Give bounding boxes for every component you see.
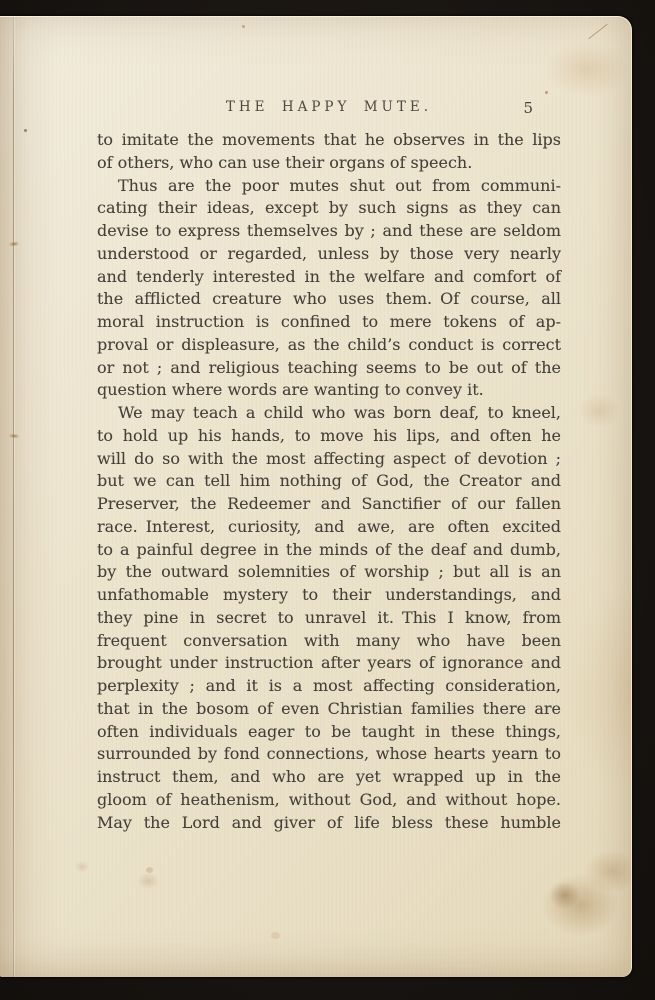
- foxing-speck: [271, 932, 280, 939]
- binding-fold-line: [13, 17, 14, 977]
- binding-stitch-mark: [7, 240, 22, 248]
- page-number: 5: [523, 99, 533, 117]
- text-line: the afflicted creature who uses them. Of…: [97, 288, 561, 311]
- text-line: Preserver, the Redeemer and Sanctifier o…: [97, 493, 561, 516]
- text-line: and tenderly interested in the welfare a…: [97, 266, 561, 289]
- body-text: to imitate the movements that he observe…: [97, 129, 561, 834]
- text-line: devise to express themselves by ; and th…: [97, 220, 561, 243]
- text-line: surrounded by fond connections, whose he…: [97, 743, 561, 766]
- text-line: to hold up his hands, to move his lips, …: [97, 425, 561, 448]
- text-line: unfathomable mystery to their understand…: [97, 584, 561, 607]
- foxing-speck: [146, 867, 153, 873]
- text-line: proval or displeasure, as the child’s co…: [97, 334, 561, 357]
- text-line: frequent conversation with many who have…: [97, 630, 561, 653]
- text-line: that in the bosom of even Christian fami…: [97, 698, 561, 721]
- text-line: brought under instruction after years of…: [97, 652, 561, 675]
- text-line: cating their ideas, except by such signs…: [97, 197, 561, 220]
- text-line: moral instruction is confined to mere to…: [97, 311, 561, 334]
- foxing-speck: [24, 129, 27, 132]
- text-line: often individuals eager to be taught in …: [97, 721, 561, 744]
- foxing-speck: [545, 91, 548, 94]
- corner-crease: [588, 24, 608, 40]
- text-line: of others, who can use their organs of s…: [97, 152, 561, 175]
- running-head: THE HAPPY MUTE. 5: [97, 99, 561, 119]
- text-line: will do so with the most affecting aspec…: [97, 448, 561, 471]
- text-line: understood or regarded, unless by those …: [97, 243, 561, 266]
- text-line: perplexity ; and it is a most affecting …: [97, 675, 561, 698]
- text-line: but we can tell him nothing of God, the …: [97, 470, 561, 493]
- text-line: gloom of heathenism, without God, and wi…: [97, 789, 561, 812]
- text-line: or not ; and religious teaching seems to…: [97, 357, 561, 380]
- page-title: THE HAPPY MUTE.: [97, 99, 561, 115]
- text-line: to imitate the movements that he observe…: [97, 129, 561, 152]
- text-line: question where words are wanting to conv…: [97, 379, 561, 402]
- scan-background: THE HAPPY MUTE. 5 to imitate the movemen…: [0, 0, 655, 1000]
- text-line: May the Lord and giver of life bless the…: [97, 812, 561, 835]
- text-line: We may teach a child who was born deaf, …: [97, 402, 561, 425]
- binding-stitch-mark: [7, 432, 22, 439]
- text-line: by the outward solemnities of worship ; …: [97, 561, 561, 584]
- text-line: Thus are the poor mutes shut out from co…: [97, 175, 561, 198]
- book-page: THE HAPPY MUTE. 5 to imitate the movemen…: [0, 16, 632, 977]
- foxing-speck: [242, 25, 245, 28]
- text-line: to a painful degree in the minds of the …: [97, 539, 561, 562]
- text-line: they pine in secret to unravel it. This …: [97, 607, 561, 630]
- text-line: instruct them, and who are yet wrapped u…: [97, 766, 561, 789]
- text-line: race. Interest, curiosity, and awe, are …: [97, 516, 561, 539]
